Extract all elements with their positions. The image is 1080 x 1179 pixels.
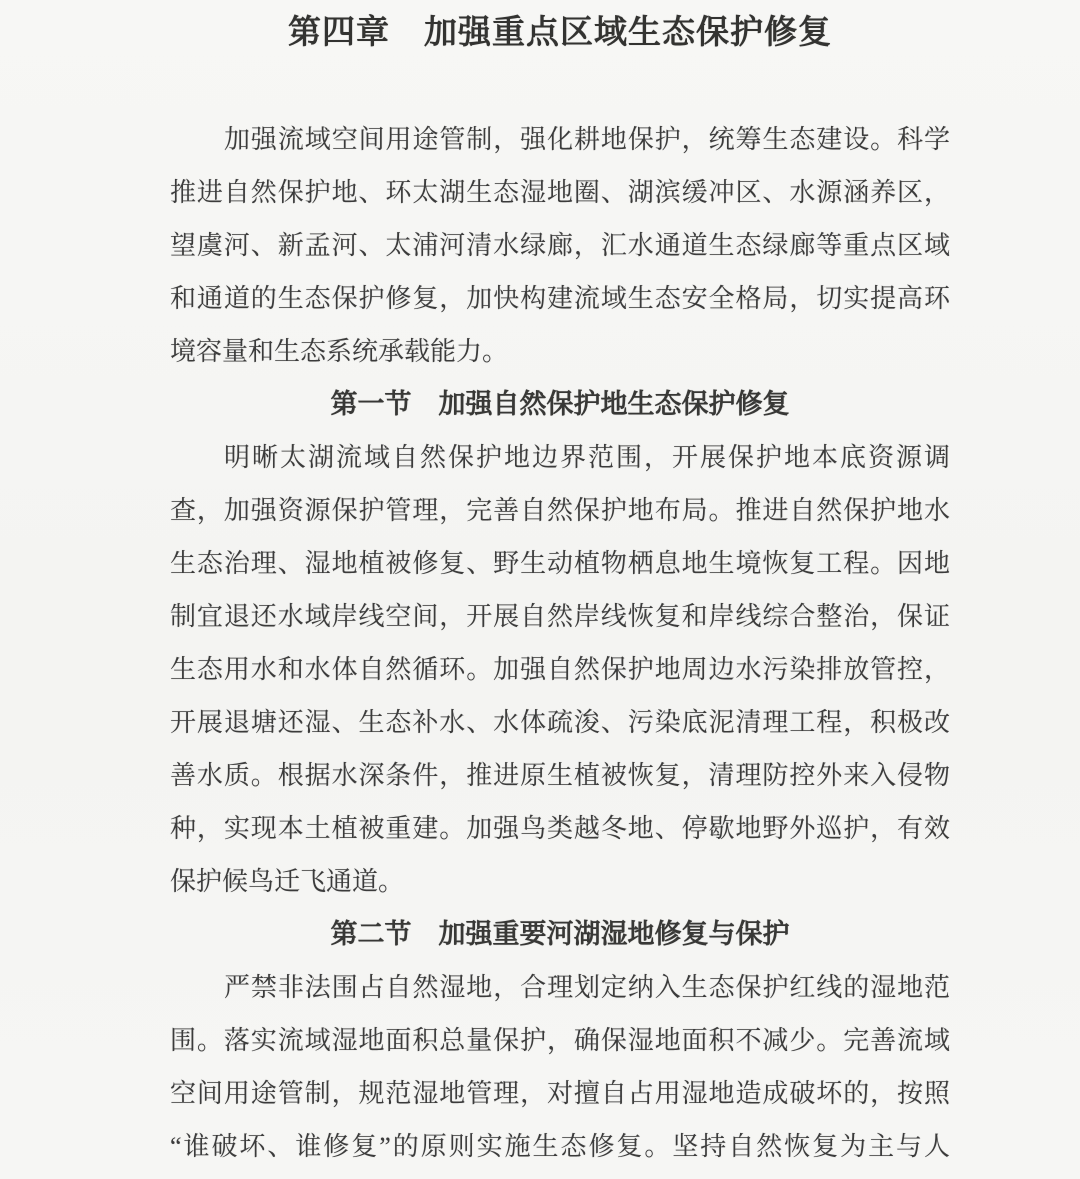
- text-column: 第四章 加强重点区域生态保护修复 加强流域空间用途管制，强化耕地保护，统筹生态建…: [170, 0, 950, 1173]
- section-heading-1: 第一节 加强自然保护地生态保护修复: [170, 378, 950, 431]
- body-line: 空间用途管制，规范湿地管理，对擅自占用湿地造成破坏的，按照: [170, 1067, 950, 1120]
- body-line: 加强流域空间用途管制，强化耕地保护，统筹生态建设。科学: [170, 113, 950, 166]
- body-line: 围。落实流域湿地面积总量保护，确保湿地面积不减少。完善流域: [170, 1014, 950, 1067]
- body-line: 生态治理、湿地植被修复、野生动植物栖息地生境恢复工程。因地: [170, 537, 950, 590]
- document-page: 第四章 加强重点区域生态保护修复 加强流域空间用途管制，强化耕地保护，统筹生态建…: [0, 0, 1080, 1179]
- body-line: 查，加强资源保护管理，完善自然保护地布局。推进自然保护地水: [170, 484, 950, 537]
- body-line: “谁破坏、谁修复”的原则实施生态修复。坚持自然恢复为主与人: [170, 1120, 950, 1173]
- body-line: 生态用水和水体自然循环。加强自然保护地周边水污染排放管控，: [170, 643, 950, 696]
- section-heading-2: 第二节 加强重要河湖湿地修复与保护: [170, 908, 950, 961]
- body-line: 推进自然保护地、环太湖生态湿地圈、湖滨缓冲区、水源涵养区，: [170, 166, 950, 219]
- body-line: 严禁非法围占自然湿地，合理划定纳入生态保护红线的湿地范: [170, 961, 950, 1014]
- body-line: 制宜退还水域岸线空间，开展自然岸线恢复和岸线综合整治，保证: [170, 590, 950, 643]
- body-line: 善水质。根据水深条件，推进原生植被恢复，清理防控外来入侵物: [170, 749, 950, 802]
- body-line: 种，实现本土植被重建。加强鸟类越冬地、停歇地野外巡护，有效: [170, 802, 950, 855]
- body-line: 明晰太湖流域自然保护地边界范围，开展保护地本底资源调: [170, 431, 950, 484]
- paragraph-intro: 加强流域空间用途管制，强化耕地保护，统筹生态建设。科学 推进自然保护地、环太湖生…: [170, 113, 950, 378]
- body-line: 保护候鸟迁飞通道。: [170, 855, 950, 908]
- body-line: 和通道的生态保护修复，加快构建流域生态安全格局，切实提高环: [170, 272, 950, 325]
- paragraph-section-1: 明晰太湖流域自然保护地边界范围，开展保护地本底资源调 查，加强资源保护管理，完善…: [170, 431, 950, 908]
- body-line: 望虞河、新孟河、太浦河清水绿廊，汇水通道生态绿廊等重点区域: [170, 219, 950, 272]
- chapter-title: 第四章 加强重点区域生态保护修复: [170, 5, 950, 58]
- body-line: 境容量和生态系统承载能力。: [170, 325, 950, 378]
- body-line: 开展退塘还湿、生态补水、水体疏浚、污染底泥清理工程，积极改: [170, 696, 950, 749]
- paragraph-section-2: 严禁非法围占自然湿地，合理划定纳入生态保护红线的湿地范 围。落实流域湿地面积总量…: [170, 961, 950, 1173]
